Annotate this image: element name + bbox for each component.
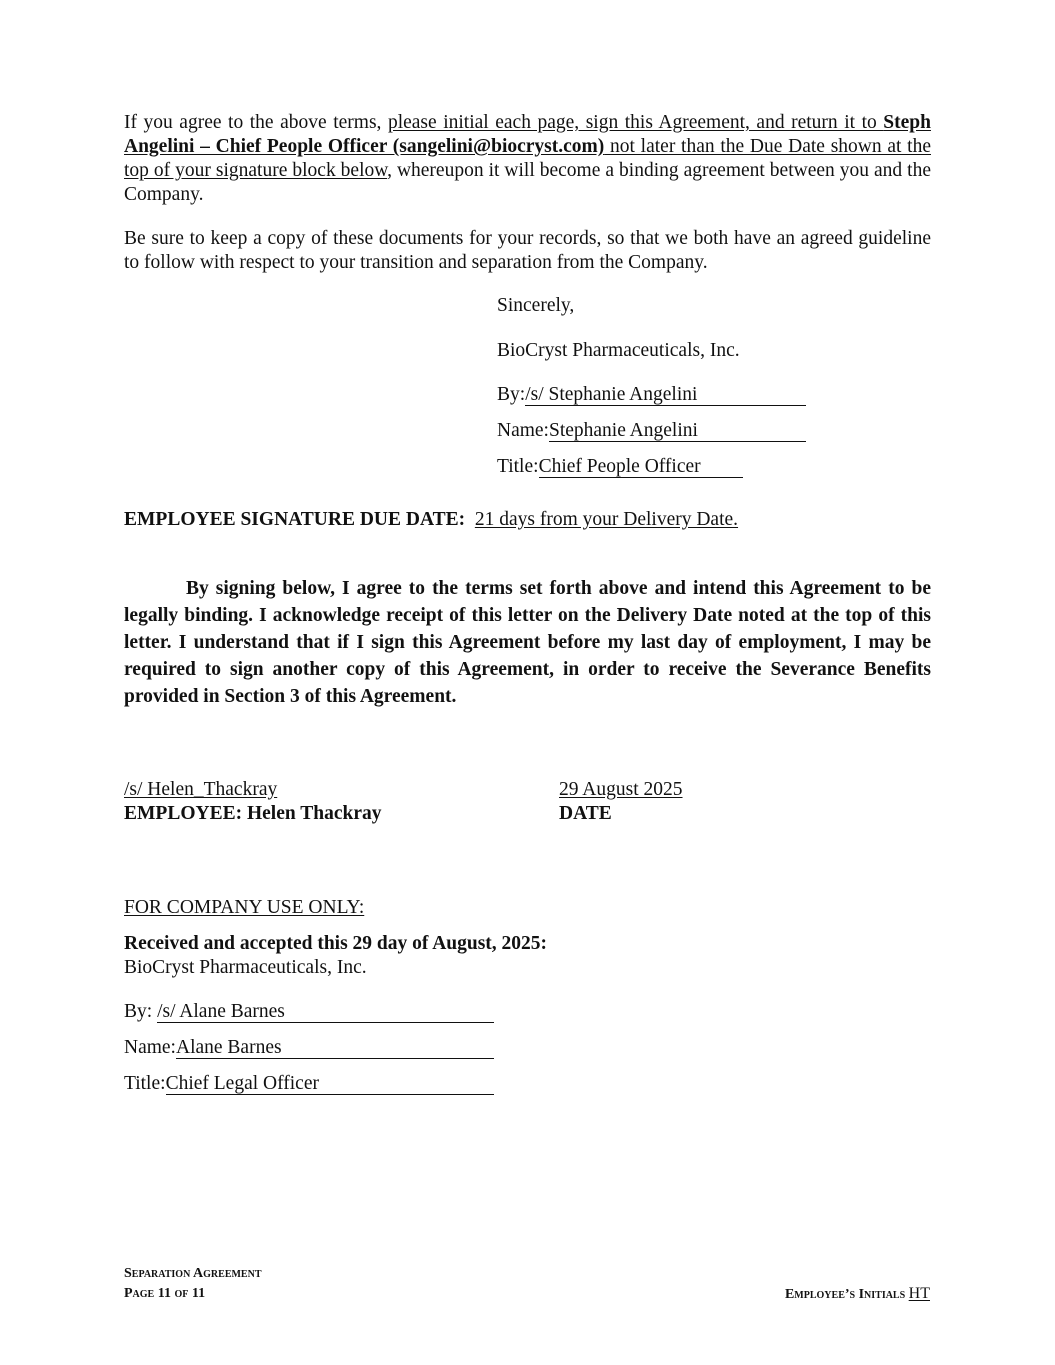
initials-label: Employee’s Initials — [785, 1287, 905, 1302]
employee-signature: /s/ Helen_Thackray — [124, 778, 381, 802]
footer-doc-title: Separation Agreement — [124, 1264, 261, 1284]
employee-signature-block: /s/ Helen_Thackray EMPLOYEE: Helen Thack… — [124, 778, 381, 826]
intro-paragraph: If you agree to the above terms, please … — [124, 111, 931, 207]
due-date-label: EMPLOYEE SIGNATURE DUE DATE: — [124, 509, 465, 530]
name-label: Name: — [497, 420, 549, 441]
company-use-title-row: Title: Chief Legal Officer — [124, 1073, 494, 1095]
company-use-name-value: Alane Barnes — [176, 1038, 494, 1059]
company-name-row: Name: Stephanie Angelini — [497, 420, 806, 442]
title-label: Title: — [497, 456, 539, 477]
received-company: BioCryst Pharmaceuticals, Inc. — [124, 956, 547, 980]
company-use-title-label: Title: — [124, 1073, 166, 1094]
date-block: 29 August 2025 DATE — [559, 778, 683, 826]
due-date-value: 21 days from your Delivery Date. — [475, 509, 738, 530]
company-use-by-row: By: /s/ Alane Barnes — [124, 1001, 494, 1023]
by-signature: /s/ Stephanie Angelini — [525, 385, 806, 406]
initials-value: HT — [909, 1285, 930, 1302]
date-label: DATE — [559, 802, 683, 826]
company-use-by-signature: /s/ Alane Barnes — [157, 1002, 494, 1023]
employee-label: EMPLOYEE: Helen Thackray — [124, 802, 381, 826]
company-use-name-row: Name: Alane Barnes — [124, 1037, 494, 1059]
signature-date: 29 August 2025 — [559, 778, 683, 802]
received-block: Received and accepted this 29 day of Aug… — [124, 932, 547, 980]
intro-underlined-1: please initial each page, sign this Agre… — [388, 112, 883, 133]
company-use-name-label: Name: — [124, 1037, 176, 1058]
name-value: Stephanie Angelini — [549, 421, 806, 442]
company-use-title-value: Chief Legal Officer — [166, 1074, 494, 1095]
company-by-row: By: /s/ Stephanie Angelini — [497, 384, 806, 406]
received-accepted: Received and accepted this 29 day of Aug… — [124, 932, 547, 956]
title-value: Chief People Officer — [539, 457, 743, 478]
company-use-by-label: By: — [124, 1001, 152, 1022]
intro-text-before: If you agree to the above terms, — [124, 112, 388, 133]
due-date-row: EMPLOYEE SIGNATURE DUE DATE: 21 days fro… — [124, 509, 738, 531]
closing: Sincerely, — [497, 295, 574, 317]
company-name: BioCryst Pharmaceuticals, Inc. — [497, 340, 740, 362]
by-label: By: — [497, 384, 525, 405]
footer-left: Separation Agreement Page 11 of 11 — [124, 1264, 261, 1304]
footer-page-number: Page 11 of 11 — [124, 1284, 261, 1304]
records-paragraph: Be sure to keep a copy of these document… — [124, 227, 931, 275]
acknowledgement-paragraph: By signing below, I agree to the terms s… — [124, 575, 931, 710]
footer-initials: Employee’s Initials HT — [785, 1284, 930, 1305]
company-use-heading: FOR COMPANY USE ONLY: — [124, 897, 364, 919]
company-title-row: Title: Chief People Officer — [497, 456, 743, 478]
